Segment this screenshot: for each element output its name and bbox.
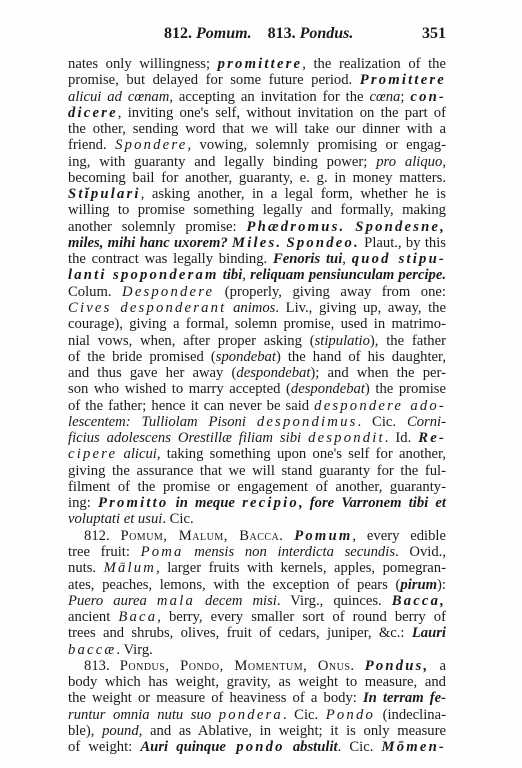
text-line: Colum. Despondere (properly, giving away… xyxy=(68,284,446,300)
text-run: (properly, giving away from one: xyxy=(214,284,446,300)
running-header: 812. Pomum. 813. Pondus. 351 xyxy=(68,25,446,45)
text-run: Phædromus. xyxy=(246,219,345,235)
text-run: ates, peaches, lemons, with the exceptio… xyxy=(68,577,400,593)
page-number: 351 xyxy=(422,25,446,43)
text-run: Miles. xyxy=(232,235,282,251)
text-line: body which has weight, gravity, as weigh… xyxy=(68,674,446,690)
text-line: ble), pound, and as Ablative, in weight;… xyxy=(68,723,446,739)
text-run: , xyxy=(242,267,250,283)
text-run: friend. xyxy=(68,137,115,153)
text-line: voluptati et usui. Cic. xyxy=(68,511,446,527)
text-run: stipulatio xyxy=(315,333,370,349)
text-run: Bacca, xyxy=(392,593,446,609)
text-run: , xyxy=(442,154,446,170)
text-run xyxy=(283,528,294,544)
text-run: despondebat xyxy=(291,381,365,397)
text-run: Re- xyxy=(418,430,446,446)
text-run: animos xyxy=(226,300,275,316)
text-run: ble), xyxy=(68,723,102,739)
text-run: Cives desponderant xyxy=(68,300,226,316)
text-run: pondera xyxy=(219,707,283,723)
text-run: Pondus, Pondo, Momentum, Onus. xyxy=(120,658,355,674)
text-run: 813. xyxy=(84,658,120,674)
text-line: lescentem: Tulliolam Pisoni despondimus.… xyxy=(68,414,446,430)
text-run: Pomum, Malum, Bacca. xyxy=(120,528,283,544)
text-line: willing to promise something legally and… xyxy=(68,202,446,218)
text-run: of the father; hence it can never be sai… xyxy=(68,398,314,414)
text-run: . Cic. xyxy=(338,739,382,755)
text-run: ing, with guaranty and legally binding p… xyxy=(68,154,376,170)
text-run: (indeclina- xyxy=(375,707,446,723)
text-run: . Virg. xyxy=(116,642,152,658)
text-run xyxy=(355,658,365,674)
text-run: Mōmen- xyxy=(382,739,446,755)
text-line: promise, but delayed for some future per… xyxy=(68,72,446,88)
text-run: Plaut., by this xyxy=(360,235,446,251)
text-line: giving the assurance that we will stand … xyxy=(68,463,446,479)
text-run: con- xyxy=(410,89,446,105)
text-run: cipere xyxy=(68,446,117,462)
text-run: body which has weight, gravity, as weigh… xyxy=(68,674,446,690)
text-run: nial vows, when, after proper asking ( xyxy=(68,333,315,349)
text-line: ing, with guaranty and legally binding p… xyxy=(68,154,446,170)
text-run: the contract was legally binding. xyxy=(68,251,273,267)
text-line: ficius adolescens Orestillæ filiam sibi … xyxy=(68,430,446,446)
text-line: the contract was legally binding. Fenori… xyxy=(68,251,446,267)
text-run: Auri quinque xyxy=(140,739,225,755)
text-run: promise, but delayed for some future per… xyxy=(68,72,360,88)
text-run: In terram fe- xyxy=(363,690,446,706)
text-run: Promittere xyxy=(360,72,446,88)
text-run: recipio xyxy=(242,495,299,511)
text-run: nuts. xyxy=(68,560,104,576)
text-line: 812. Pomum, Malum, Bacca. Pomum, every e… xyxy=(68,528,446,544)
text-line: son who wished to marry accepted (despon… xyxy=(68,381,446,397)
text-line: nuts. Mālum, larger fruits with kernels,… xyxy=(68,560,446,576)
text-run: ; xyxy=(400,89,410,105)
text-line: trees and shrubs, olives, fruit of cedar… xyxy=(68,625,446,641)
text-run: Spondere xyxy=(115,137,187,153)
text-run: Corni- xyxy=(407,414,446,430)
text-run: runtur omnia nutu suo xyxy=(68,707,219,723)
text-run: Spondesne, xyxy=(355,219,446,235)
text-line: courage), giving a formal, solemn promis… xyxy=(68,316,446,332)
text-line: ates, peaches, lemons, with the exceptio… xyxy=(68,577,446,593)
text-line: runtur omnia nutu suo pondera. Cic. Pond… xyxy=(68,707,446,723)
text-run: , berry, every smaller sort of round ber… xyxy=(157,609,446,625)
text-run: ) the promise xyxy=(365,381,446,397)
text-run: ing: xyxy=(68,495,98,511)
text-run: . Cic. xyxy=(358,414,407,430)
text-line: of weight: Auri quinque pondo abstulit. … xyxy=(68,739,446,755)
text-line: becoming bail for another, guaranty, e. … xyxy=(68,170,446,186)
text-run: Pondo xyxy=(326,707,375,723)
text-run: in meque xyxy=(168,495,242,511)
text-run: Promitto xyxy=(98,495,168,511)
text-line: Cives desponderant animos. Liv., giving … xyxy=(68,300,446,316)
text-run: tree fruit: xyxy=(68,544,141,560)
text-line: nates only willingness; promittere, the … xyxy=(68,56,446,72)
text-line: filment of the promise or engagement of … xyxy=(68,479,446,495)
text-run: . Virg., quinces. xyxy=(277,593,392,609)
header-word-pomum: Pomum. xyxy=(196,25,252,42)
header-section-812: 812. xyxy=(164,25,192,42)
text-run: . Cic. xyxy=(283,707,326,723)
text-line: of the bride promised (spondebat) the ha… xyxy=(68,349,446,365)
text-run: . Cic. xyxy=(162,511,193,527)
text-run: . Liv., giving up, away, the xyxy=(275,300,446,316)
text-run: Pomum xyxy=(294,528,352,544)
text-run: mala xyxy=(157,593,195,609)
text-run: ficius adolescens Orestillæ filiam sibi xyxy=(68,430,308,446)
text-run: , larger fruits with kernels, apples, po… xyxy=(156,560,446,576)
text-run: Spondeo. xyxy=(287,235,360,251)
text-run: Pondus, xyxy=(365,658,430,674)
text-run: son who wished to marry accepted ( xyxy=(68,381,291,397)
text-run: of the bride promised ( xyxy=(68,349,216,365)
text-run: miles, mihi hanc uxorem? xyxy=(68,235,232,251)
text-run: Poma xyxy=(141,544,184,560)
text-line: another solemnly promise: Phædromus. Spo… xyxy=(68,219,446,235)
text-run: reliquam pensiunculam percipe. xyxy=(250,267,446,283)
text-run: and thus gave her away ( xyxy=(68,365,236,381)
text-run: decem misi xyxy=(195,593,277,609)
text-run: despondit xyxy=(308,430,385,446)
text-run xyxy=(345,219,355,235)
text-run: , and as Ablative, in weight; it is only… xyxy=(139,723,446,739)
text-run: willing to promise something legally and… xyxy=(68,202,446,218)
text-run: , fore Varronem tibi et xyxy=(299,495,446,511)
header-title: 812. Pomum. 813. Pondus. xyxy=(164,25,353,43)
text-run: alicui xyxy=(117,446,157,462)
text-run: . Id. xyxy=(385,430,418,446)
text-line: miles, mihi hanc uxorem? Miles. Spondeo.… xyxy=(68,235,446,251)
text-line: of the father; hence it can never be sai… xyxy=(68,398,446,414)
text-run: , asking another, in a legal form, wheth… xyxy=(141,186,446,202)
text-run: a xyxy=(429,658,446,674)
text-run: alicui ad cœnam xyxy=(68,89,169,105)
text-run: becoming bail for another, guaranty, e. … xyxy=(68,170,446,186)
text-line: dicere, inviting one's self, without inv… xyxy=(68,105,446,121)
text-run: Mālum xyxy=(104,560,156,576)
text-run: abstulit xyxy=(285,739,338,755)
text-line: and thus gave her away (despondebat); an… xyxy=(68,365,446,381)
text-run: another solemnly promise: xyxy=(68,219,246,235)
text-run: Lauri xyxy=(412,625,446,641)
text-run: baccæ xyxy=(68,642,116,658)
text-run: giving the assurance that we will stand … xyxy=(68,463,446,479)
text-line: alicui ad cœnam, accepting an invitation… xyxy=(68,89,446,105)
text-run: the weight or measure of heaviness of a … xyxy=(68,690,363,706)
text-line: nial vows, when, after proper asking (st… xyxy=(68,333,446,349)
text-line: baccæ. Virg. xyxy=(68,642,446,658)
book-page: 812. Pomum. 813. Pondus. 351 nates only … xyxy=(0,0,522,768)
text-run: Colum. xyxy=(68,284,122,300)
header-section-813: 813. xyxy=(268,25,296,42)
text-run: spondebat xyxy=(216,349,276,365)
text-run: despondimus xyxy=(257,414,358,430)
text-line: Puero aurea mala decem misi. Virg., quin… xyxy=(68,593,446,609)
text-run: pro aliquo xyxy=(376,154,442,170)
text-run: voluptati et usui xyxy=(68,511,162,527)
text-run: pirum xyxy=(400,577,437,593)
text-run: , taking something upon one's self for a… xyxy=(157,446,446,462)
text-run: , every edible xyxy=(352,528,446,544)
text-run: Baca xyxy=(118,609,157,625)
text-run: quod stipu- xyxy=(352,251,446,267)
text-run: ) the hand of his daughter, xyxy=(276,349,446,365)
text-line: the other, sending word that we will tak… xyxy=(68,121,446,137)
text-run: , vowing, solemnly promising or engag- xyxy=(187,137,446,153)
text-run: lanti spoponderam xyxy=(68,267,219,283)
text-run: ); and when the per- xyxy=(310,365,446,381)
text-run: courage), giving a formal, solemn promis… xyxy=(68,316,446,332)
text-run: Fenoris tui xyxy=(273,251,342,267)
text-line: ing: Promitto in meque recipio, fore Var… xyxy=(68,495,446,511)
header-word-pondus: Pondus. xyxy=(300,25,354,42)
text-line: friend. Spondere, vowing, solemnly promi… xyxy=(68,137,446,153)
text-run: , accepting an invitation for the xyxy=(169,89,369,105)
text-run: dicere xyxy=(68,105,118,121)
text-run: . Ovid., xyxy=(395,544,446,560)
text-run: despondere ado- xyxy=(314,398,446,414)
text-line: ancient Baca, berry, every smaller sort … xyxy=(68,609,446,625)
text-run: , xyxy=(342,251,351,267)
text-run: pound xyxy=(102,723,139,739)
text-run: cœna xyxy=(369,89,400,105)
text-line: tree fruit: Poma mensis non interdicta s… xyxy=(68,544,446,560)
text-run: mensis non interdicta secundis xyxy=(184,544,395,560)
text-run: nates only willingness; xyxy=(68,56,218,72)
text-run: tibi xyxy=(219,267,243,283)
text-line: the weight or measure of heaviness of a … xyxy=(68,690,446,706)
text-run: lescentem: Tulliolam Pisoni xyxy=(68,414,257,430)
text-run: Puero aurea xyxy=(68,593,157,609)
text-line: lanti spoponderam tibi, reliquam pensiun… xyxy=(68,267,446,283)
text-run: ancient xyxy=(68,609,118,625)
text-line: 813. Pondus, Pondo, Momentum, Onus. Pond… xyxy=(68,658,446,674)
text-run: trees and shrubs, olives, fruit of cedar… xyxy=(68,625,412,641)
text-run: ): xyxy=(437,577,446,593)
text-run: despondebat xyxy=(236,365,310,381)
text-run: pondo xyxy=(226,739,285,755)
text-run: the other, sending word that we will tak… xyxy=(68,121,446,137)
text-run: , the realization of the xyxy=(302,56,446,72)
text-run: Despondere xyxy=(122,284,214,300)
text-run: 812. xyxy=(84,528,120,544)
text-run: of weight: xyxy=(68,739,140,755)
body-text: nates only willingness; promittere, the … xyxy=(68,56,446,755)
text-run: , inviting one's self, without invitatio… xyxy=(118,105,446,121)
text-run: Stĭpulari xyxy=(68,186,141,202)
text-run: filment of the promise or engagement of … xyxy=(68,479,446,495)
text-line: Stĭpulari, asking another, in a legal fo… xyxy=(68,186,446,202)
text-run: promittere xyxy=(218,56,303,72)
text-line: cipere alicui, taking something upon one… xyxy=(68,446,446,462)
text-run: ), the father xyxy=(370,333,446,349)
